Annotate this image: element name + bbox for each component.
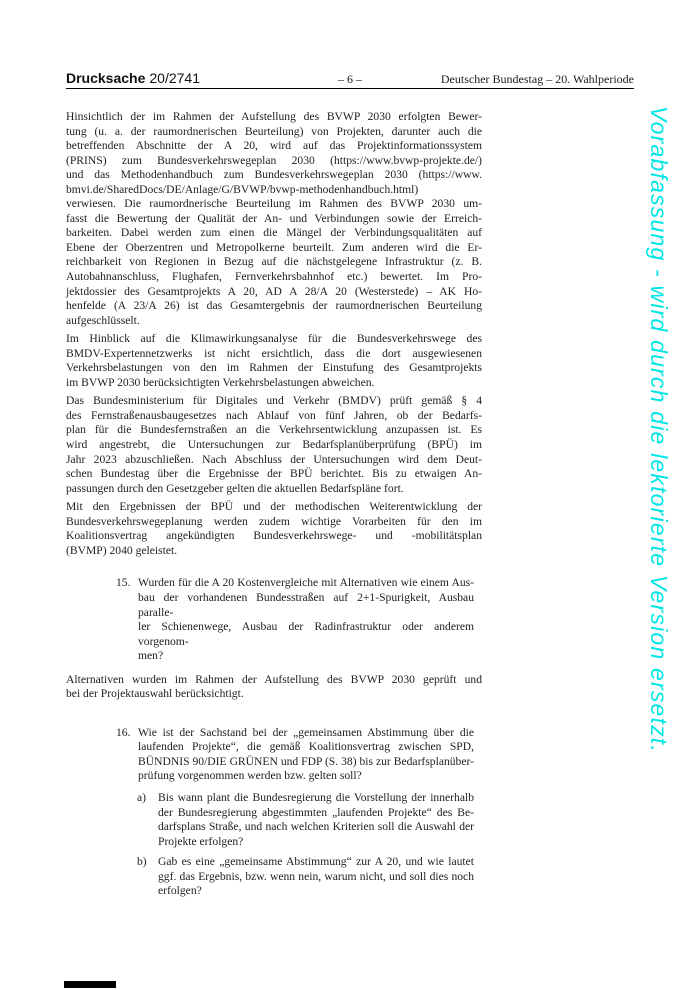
text-line: men? <box>138 649 474 664</box>
print-mark <box>64 981 116 988</box>
text-line: bmvi.de/SharedDocs/DE/Anlage/G/BVWP/bvwp… <box>66 183 482 198</box>
document-body: Hinsichtlich der im Rahmen der Aufstellu… <box>66 110 482 899</box>
text-line: Koalitionsvertrag angekündigten Bundesve… <box>66 529 482 544</box>
text-line: Wie ist der Sachstand bei der „gemeinsam… <box>138 726 474 741</box>
text-line: BMDV-Expertennetzwerks ist nicht ersicht… <box>66 347 482 362</box>
sub-question-text: Bis wann plant die Bundesregierung die V… <box>158 791 474 849</box>
text-line: wird angestrebt, die Untersuchungen zur … <box>66 438 482 453</box>
text-line: des Fernstraßenausbaugesetzes nach Ablau… <box>66 409 482 424</box>
text-line: verwiesen. Die raumordnerische Beurteilu… <box>66 197 482 212</box>
text-line: betreffenden Abschnitte der A 20, wird a… <box>66 139 482 154</box>
text-line: bei der Projektauswahl berücksichtigt. <box>66 687 482 702</box>
text-line: henfelde (A 23/A 26) ist das Gesamtergeb… <box>66 299 482 314</box>
text-line: jektdossier des Gesamtprojekts A 20, AD … <box>66 285 482 300</box>
session-title: Deutscher Bundestag – 20. Wahlperiode <box>362 72 634 87</box>
text-line: tung (u. a. der raumordnerischen Beurtei… <box>66 125 482 140</box>
sub-question-label: b) <box>137 855 158 899</box>
text-line: Mit den Ergebnissen der BPÜ und der meth… <box>66 500 482 515</box>
text-line: Gab es eine „gemeinsame Abstimmung“ zur … <box>158 855 474 870</box>
text-line: ggf. das Ergebnis, bzw. wenn nein, warum… <box>158 870 474 885</box>
sub-question-text: Gab es eine „gemeinsame Abstimmung“ zur … <box>158 855 474 899</box>
text-line: plan für die Bundesfernstraßen an die Ve… <box>66 423 482 438</box>
paragraph: Im Hinblick auf die Klimawirkungsanalyse… <box>66 332 482 390</box>
prepublication-watermark: Vorabfassung - wird durch die lektoriert… <box>646 106 672 881</box>
question-number: 16. <box>116 726 138 784</box>
paragraph: Mit den Ergebnissen der BPÜ und der meth… <box>66 500 482 558</box>
text-line: aufgeschlüsselt. <box>66 314 482 329</box>
text-line: Jahr 2023 abzuschließen. Nach Abschluss … <box>66 453 482 468</box>
text-line: Wurden für die A 20 Kostenvergleiche mit… <box>138 576 474 591</box>
text-line: Das Bundesministerium für Digitales und … <box>66 394 482 409</box>
text-line: erfolgen? <box>158 884 474 899</box>
text-line: prüfung vorgenommen werden bzw. gelten s… <box>138 769 474 784</box>
text-line: im BVWP 2030 berücksichtigten Verkehrsbe… <box>66 376 482 391</box>
text-line: ler Schienenwege, Ausbau der Radinfrastr… <box>138 620 474 649</box>
text-line: BÜNDNIS 90/DIE GRÜNEN und FDP (S. 38) bi… <box>138 755 474 770</box>
text-line: Verkehrsbelastungen von den im Rahmen de… <box>66 361 482 376</box>
sub-question-b: b) Gab es eine „gemeinsame Abstimmung“ z… <box>137 855 474 899</box>
doc-label: Drucksache <box>66 70 145 86</box>
text-line: Im Hinblick auf die Klimawirkungsanalyse… <box>66 332 482 347</box>
text-line: reichbarkeit von Regionen in Bezug auf d… <box>66 255 482 270</box>
doc-number: Drucksache20/2741 <box>66 70 338 86</box>
text-line: (BVMP) 2040 geleistet. <box>66 544 482 559</box>
question-16: 16. Wie ist der Sachstand bei der „gemei… <box>116 726 474 784</box>
text-line: Bundesverkehrswegeplanung werden zudem w… <box>66 515 482 530</box>
question-number: 15. <box>116 576 138 663</box>
text-line: schen Bundestag über die Ergebnisse der … <box>66 467 482 482</box>
text-line: bau der vorhandenen Bundesstraßen auf 2+… <box>138 591 474 620</box>
document-page: Drucksache20/2741 – 6 – Deutscher Bundes… <box>0 0 700 990</box>
text-line: barkeiten. Dabei werden zum einen die Mä… <box>66 226 482 241</box>
text-line: fasst die Bewertung der Qualität der An-… <box>66 212 482 227</box>
text-line: passungen durch den Gesetzgeber gelten d… <box>66 482 482 497</box>
question-text: Wurden für die A 20 Kostenvergleiche mit… <box>138 576 474 663</box>
text-line: Projekte erfolgen? <box>158 835 474 850</box>
text-line: der Bundesregierung abgestimmten „laufen… <box>158 806 474 821</box>
paragraph: Hinsichtlich der im Rahmen der Aufstellu… <box>66 110 482 328</box>
question-15: 15. Wurden für die A 20 Kostenvergleiche… <box>116 576 474 663</box>
text-line: (PRINS) zum Bundesverkehrswegeplan 2030 … <box>66 154 482 169</box>
text-line: und das Methodenhandbuch zum Bundesverke… <box>66 168 482 183</box>
page-header: Drucksache20/2741 – 6 – Deutscher Bundes… <box>66 70 634 87</box>
sub-question-label: a) <box>137 791 158 849</box>
text-line: laufenden Projekte“, die gemäß Koalition… <box>138 740 474 755</box>
text-line: Autobahnanschluss, Flughafen, Fernverkeh… <box>66 270 482 285</box>
doc-number-value: 20/2741 <box>149 70 200 86</box>
text-line: Ebene der Oberzentren und Metropolkerne … <box>66 241 482 256</box>
question-text: Wie ist der Sachstand bei der „gemeinsam… <box>138 726 474 784</box>
answer-paragraph: Alternativen wurden im Rahmen der Aufste… <box>66 673 482 702</box>
text-line: Bis wann plant die Bundesregierung die V… <box>158 791 474 806</box>
page-number: – 6 – <box>338 72 362 87</box>
sub-question-a: a) Bis wann plant die Bundesregierung di… <box>137 791 474 849</box>
header-rule <box>66 88 634 89</box>
paragraph: Das Bundesministerium für Digitales und … <box>66 394 482 496</box>
text-line: Alternativen wurden im Rahmen der Aufste… <box>66 673 482 688</box>
text-line: Hinsichtlich der im Rahmen der Aufstellu… <box>66 110 482 125</box>
text-line: darfsplans Straße, und nach welchen Krit… <box>158 820 474 835</box>
